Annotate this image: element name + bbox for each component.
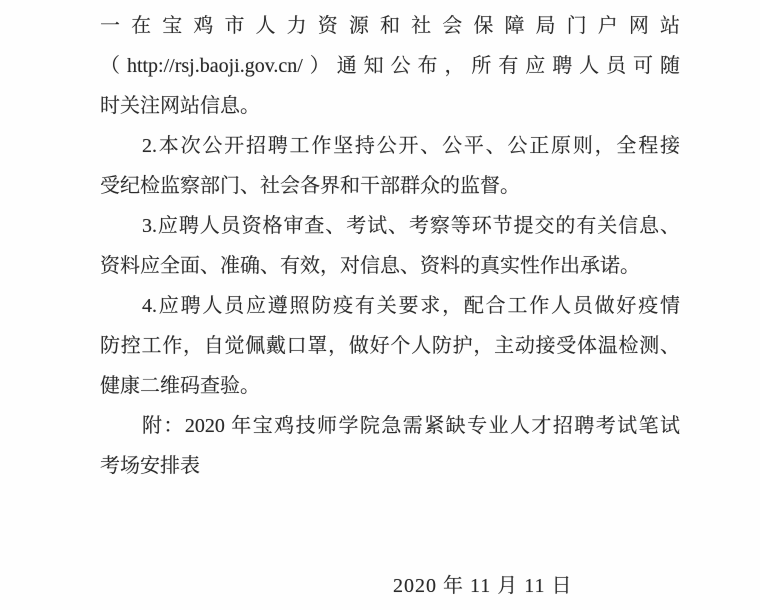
- document-line: 附：2020 年宝鸡技师学院急需紧缺专业人才招聘考试笔试: [100, 406, 680, 446]
- document-line: 受纪检监察部门、社会各界和干部群众的监督。: [100, 166, 680, 206]
- document-date: 2020 年 11 月 11 日: [100, 566, 680, 606]
- document-line: 4.应聘人员应遵照防疫有关要求，配合工作人员做好疫情: [100, 286, 680, 326]
- document-line: 一在宝鸡市人力资源和社会保障局门户网站: [100, 6, 680, 46]
- document-line: 健康二维码查验。: [100, 366, 680, 406]
- document-line: 考场安排表: [100, 446, 680, 486]
- document-body: 一在宝鸡市人力资源和社会保障局门户网站（http://rsj.baoji.gov…: [100, 6, 680, 486]
- document-line: （http://rsj.baoji.gov.cn/）通知公布，所有应聘人员可随: [100, 46, 680, 86]
- document-line: 3.应聘人员资格审查、考试、考察等环节提交的有关信息、: [100, 206, 680, 246]
- document-line: 时关注网站信息。: [100, 86, 680, 126]
- document-page: 一在宝鸡市人力资源和社会保障局门户网站（http://rsj.baoji.gov…: [0, 0, 760, 610]
- document-line: 2.本次公开招聘工作坚持公开、公平、公正原则，全程接: [100, 126, 680, 166]
- document-line: 资料应全面、准确、有效，对信息、资料的真实性作出承诺。: [100, 246, 680, 286]
- document-line: 防控工作，自觉佩戴口罩，做好个人防护，主动接受体温检测、: [100, 326, 680, 366]
